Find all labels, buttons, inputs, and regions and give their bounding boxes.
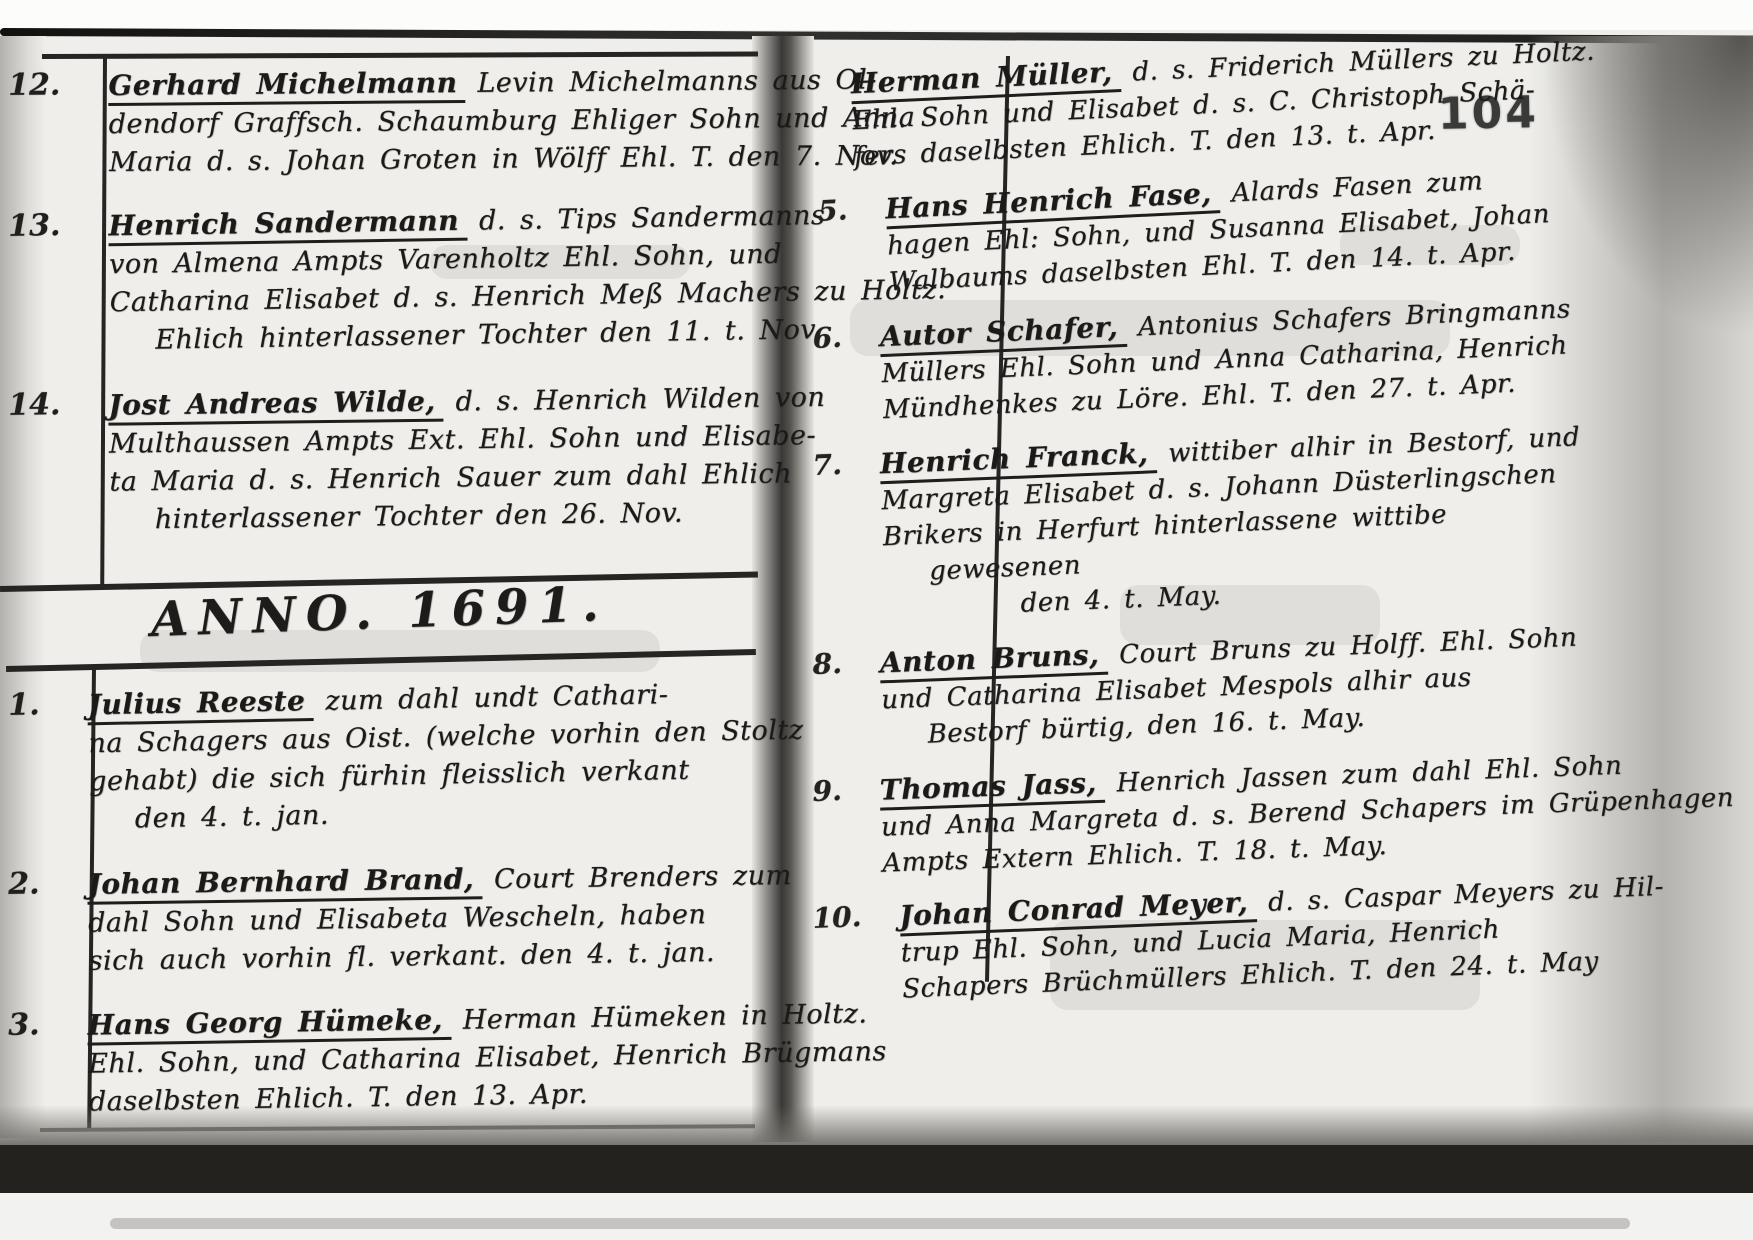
entry-line: d. s. Tips Sandermanns: [479, 200, 826, 236]
entry-number: 13.: [0, 208, 63, 362]
entry-number: 2.: [0, 866, 41, 982]
groom-name-underlined: Henrich Sandermann: [108, 204, 467, 247]
groom-name-underlined: Jost Andreas Wilde,: [108, 385, 444, 426]
left-page: 12. Gerhard MichelmannLevin Michelmanns …: [0, 40, 755, 1135]
entry-line: hinterlassener Tochter den 26. Nov.: [155, 493, 827, 539]
entry-text: Anton Bruns,Court Bruns zu Holff. Ehl. S…: [853, 619, 1580, 756]
entry-text: Johan Bernhard Brand,Court Brenders zum …: [39, 856, 793, 981]
register-entry-10: 10. Johan Conrad Meyer,d. s. Caspar Meye…: [812, 872, 1552, 1010]
entry-number: 7.: [812, 447, 860, 630]
entry-number: 6.: [812, 320, 858, 431]
entry-text: Gerhard MichelmannLevin Michelmanns aus …: [60, 60, 916, 182]
entry-text: Jost Andreas Wilde,d. s. Henrich Wilden …: [60, 378, 827, 540]
groom-name-underlined: Hans Georg Hümeke,: [87, 1003, 451, 1046]
entry-number: 12.: [0, 67, 61, 183]
entry-number: 14.: [0, 387, 62, 541]
entry-number: 8.: [812, 646, 857, 757]
register-entry-12: 12. Gerhard MichelmannLevin Michelmanns …: [0, 61, 756, 183]
entry-line: Herman Hümeken in Holtz.: [463, 998, 868, 1035]
groom-name-underlined: Johan Bernhard Brand,: [87, 862, 482, 905]
entry-number: 1.: [0, 687, 42, 841]
register-entry-4: Herman Müller,d. s. Friderich Müllers zu…: [812, 35, 1552, 177]
entry-number: 5.: [812, 193, 864, 304]
year-heading: ANNO. 1691.: [150, 576, 609, 648]
scan-bottom-margin: [0, 1193, 1753, 1240]
entry-line: Court Brenders zum: [494, 860, 792, 895]
register-entry-1: 1. Julius Reestezum dahl undt Cathari- n…: [0, 674, 758, 841]
entry-text: Julius Reestezum dahl undt Cathari- na S…: [39, 673, 805, 841]
entry-text: Hans Georg Hümeke,Herman Hümeken in Holt…: [39, 994, 887, 1122]
entry-text: Herman Müller,d. s. Friderich Müllers zu…: [824, 32, 1599, 176]
entry-text: Hans Henrich Fase,Alards Fasen zum hagen…: [859, 159, 1553, 302]
register-entry-2: 2. Johan Bernhard Brand,Court Brenders z…: [0, 856, 757, 982]
groom-name-underlined: Julius Reeste: [87, 684, 313, 725]
entry-line: zum dahl undt Cathari-: [325, 679, 669, 717]
book-bottom-edge-band: [0, 1145, 1753, 1193]
register-entry-7: 7. Henrich Franck,wittiber alhir in Best…: [812, 419, 1555, 629]
register-entry-3: 3. Hans Georg Hümeke,Herman Hümeken in H…: [0, 996, 757, 1123]
left-page-upper-entries: 12. Gerhard MichelmannLevin Michelmanns …: [0, 68, 755, 567]
entry-number: 9.: [812, 774, 857, 884]
entry-line: Maria d. s. Johan Groten in Wölff Ehl. T…: [109, 137, 916, 182]
register-entry-13: 13. Henrich Sandermannd. s. Tips Sanderm…: [0, 197, 757, 362]
scan-bottom-strip: [110, 1218, 1630, 1229]
entry-number: 10.: [812, 900, 877, 1011]
page-bottom-shadow-fade: [0, 1105, 1753, 1147]
groom-name-underlined: Gerhard Michelmann: [108, 66, 465, 106]
register-entry-5: 5. Hans Henrich Fase,Alards Fasen zum ha…: [812, 159, 1552, 304]
right-page: Herman Müller,d. s. Friderich Müllers zu…: [812, 40, 1548, 1050]
scan-top-margin: [0, 0, 1753, 30]
entry-line: d. s. Henrich Wilden von: [455, 382, 825, 418]
entry-text: Henrich Franck,wittiber alhir in Bestorf…: [853, 418, 1586, 628]
scanned-register-spread: 104 12. Gerhard MichelmannLevin Michelma…: [0, 0, 1753, 1240]
register-entry-9: 9. Thomas Jass,Henrich Jassen zum dahl E…: [812, 749, 1551, 884]
register-entry-14: 14. Jost Andreas Wilde,d. s. Henrich Wil…: [0, 379, 757, 541]
register-entry-8: 8. Anton Bruns,Court Bruns zu Holff. Ehl…: [812, 620, 1552, 757]
register-entry-6: 6. Autor Schafer,Antonius Schafers Bring…: [812, 291, 1552, 431]
left-page-lower-entries: 1. Julius Reestezum dahl undt Cathari- n…: [0, 688, 755, 1149]
entry-text: Autor Schafer,Antonius Schafers Bringman…: [853, 290, 1574, 429]
